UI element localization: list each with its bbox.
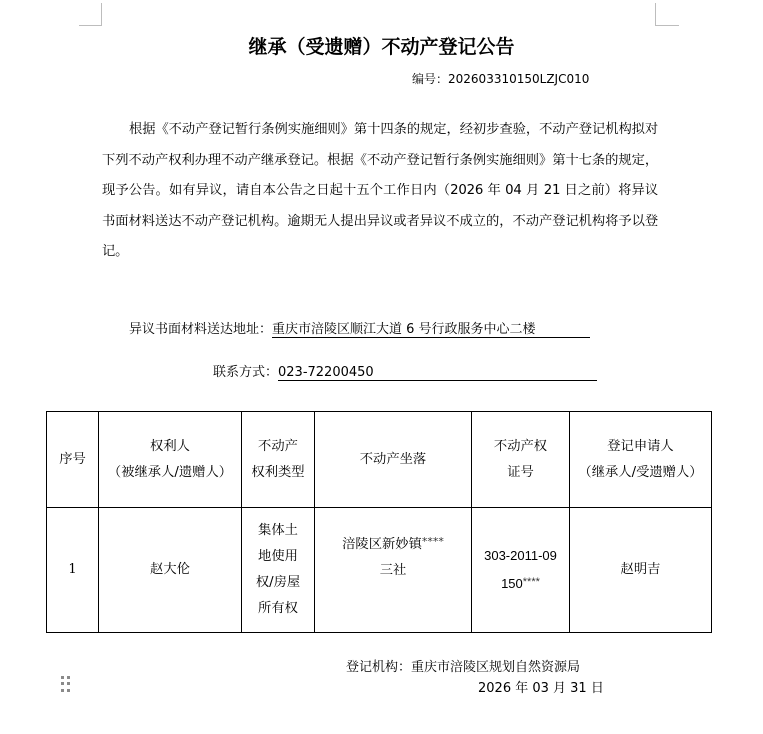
page-corner-marker-top-right (655, 3, 679, 26)
header-location: 不动产坐落 (315, 412, 472, 508)
document-number: 编号：202603310150LZJC010 (412, 70, 589, 87)
authority-label: 登记机构： (346, 660, 411, 675)
objection-address-row: 异议书面材料送达地址：重庆市涪陵区顺江大道 6 号行政服务中心二楼 (129, 318, 590, 338)
drag-handle-icon[interactable] (61, 676, 71, 692)
cell-location: 涪陵区新妙镇**** 三社 (315, 508, 472, 633)
header-applicant: 登记申请人 （继承人/受遗赠人） (570, 412, 712, 508)
document-number-label: 编号： (412, 72, 448, 86)
cell-right-type: 集体土 地使用 权/房屋 所有权 (242, 508, 315, 633)
objection-address-label: 异议书面材料送达地址： (129, 318, 272, 337)
document-number-value: 202603310150LZJC010 (448, 72, 589, 86)
registration-authority: 登记机构：重庆市涪陵区规划自然资源局 (346, 656, 580, 675)
announcement-date: 2026 年 03 月 31 日 (478, 677, 604, 696)
contact-label: 联系方式： (213, 361, 278, 380)
document-title: 继承（受遗赠）不动产登记公告 (0, 32, 763, 59)
table-header-row: 序号 权利人 （被继承人/遗赠人） 不动产 权利类型 不动产坐落 不动产权 证号… (47, 412, 712, 508)
authority-name: 重庆市涪陵区规划自然资源局 (411, 660, 580, 675)
cell-index: 1 (47, 508, 99, 633)
contact-row: 联系方式：023-72200450 (213, 361, 597, 381)
announcement-body: 根据《不动产登记暂行条例实施细则》第十四条的规定，经初步查验，不动产登记机构拟对… (102, 115, 658, 268)
cell-applicant: 赵明吉 (570, 508, 712, 633)
header-right-holder: 权利人 （被继承人/遗赠人） (99, 412, 242, 508)
header-right-type: 不动产 权利类型 (242, 412, 315, 508)
header-cert-number: 不动产权 证号 (472, 412, 570, 508)
objection-address-value: 重庆市涪陵区顺江大道 6 号行政服务中心二楼 (272, 318, 590, 338)
page-corner-marker-top-left (79, 3, 102, 26)
header-index: 序号 (47, 412, 99, 508)
cell-right-holder: 赵大伦 (99, 508, 242, 633)
registration-table: 序号 权利人 （被继承人/遗赠人） 不动产 权利类型 不动产坐落 不动产权 证号… (46, 411, 712, 633)
cell-cert-number: 303-2011-09 150**** (472, 508, 570, 633)
masked-text: **** (523, 576, 540, 588)
table-row: 1 赵大伦 集体土 地使用 权/房屋 所有权 涪陵区新妙镇**** 三社 303… (47, 508, 712, 633)
contact-value: 023-72200450 (278, 365, 597, 381)
masked-text: **** (422, 535, 444, 548)
